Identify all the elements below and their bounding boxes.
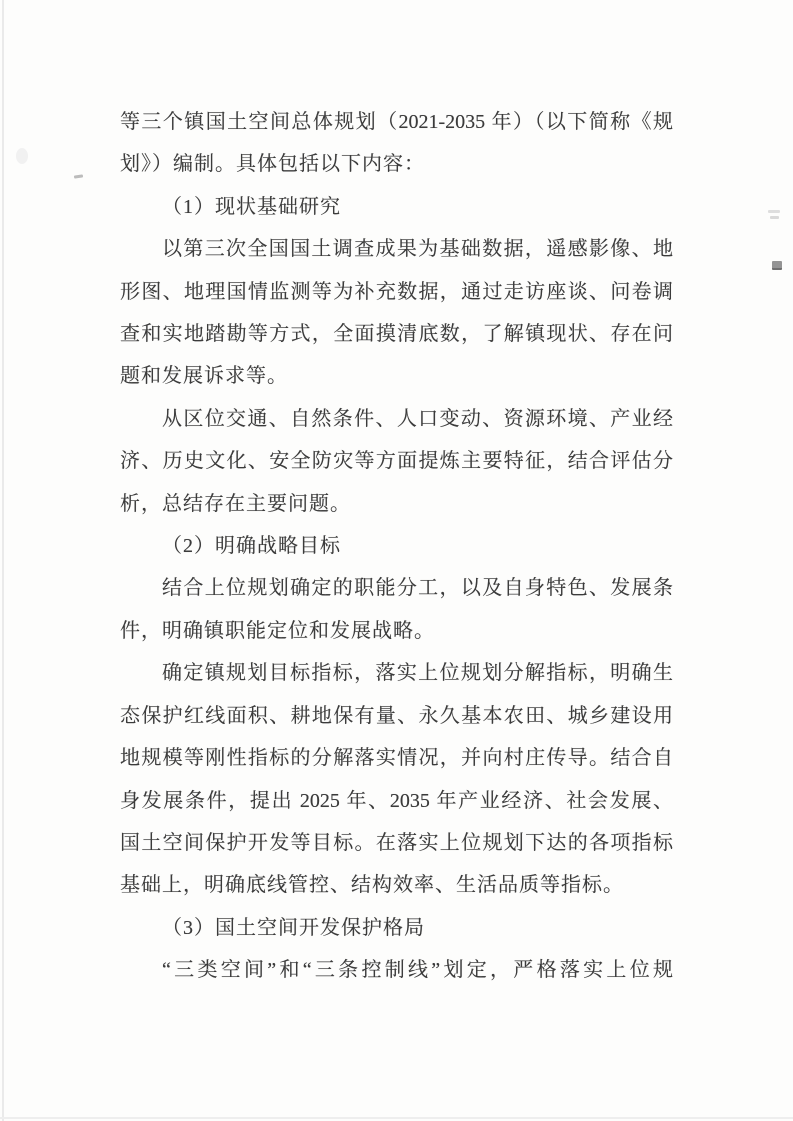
text-line: 等三个镇国土空间总体规划（2021-2035 年）（以下简称《规 [120,101,673,143]
scan-speck-right [772,261,782,270]
section-heading: （2）明确战略目标 [120,525,673,567]
text-line: 题和发展诉求等。 [120,355,673,397]
page-edge-shadow-bottom [0,1117,793,1119]
text-line: 以第三次全国国土调查成果为基础数据，遥感影像、地 [120,228,673,270]
text-line: 形图、地理国情监测等为补充数据，通过走访座谈、问卷调 [120,271,673,313]
document-text-block: 等三个镇国土空间总体规划（2021-2035 年）（以下简称《规 划》）编制。具… [120,101,673,992]
section-heading: （3）国土空间开发保护格局 [120,907,673,949]
text-line: 析，总结存在主要问题。 [120,483,673,525]
text-line: 划》）编制。具体包括以下内容： [120,143,673,185]
text-line: “三类空间”和“三条控制线”划定，严格落实上位规 [120,949,673,991]
scan-dash-mark [74,174,83,178]
text-line: 态保护红线面积、耕地保有量、永久基本农田、城乡建设用 [120,695,673,737]
text-line: 地规模等刚性指标的分解落实情况，并向村庄传导。结合自 [120,737,673,779]
text-line: 国土空间保护开发等目标。在落实上位规划下达的各项指标 [120,822,673,864]
text-line: 件，明确镇职能定位和发展战略。 [120,610,673,652]
scan-smudge-faint [16,148,28,164]
scan-smudge-right-2 [770,216,779,219]
text-line: 济、历史文化、安全防灾等方面提炼主要特征，结合评估分 [120,440,673,482]
text-line: 基础上，明确底线管控、结构效率、生活品质等指标。 [120,864,673,906]
section-heading: （1）现状基础研究 [120,186,673,228]
text-line: 结合上位规划确定的职能分工，以及自身特色、发展条 [120,567,673,609]
text-line: 查和实地踏勘等方式，全面摸清底数，了解镇现状、存在问 [120,313,673,355]
scanned-document-page: 等三个镇国土空间总体规划（2021-2035 年）（以下简称《规 划》）编制。具… [0,0,793,1121]
text-line: 从区位交通、自然条件、人口变动、资源环境、产业经 [120,398,673,440]
text-line: 确定镇规划目标指标，落实上位规划分解指标，明确生 [120,652,673,694]
text-line: 身发展条件，提出 2025 年、2035 年产业经济、社会发展、 [120,780,673,822]
page-edge-shadow-left [2,0,4,1121]
scan-smudge-right-1 [768,210,780,213]
